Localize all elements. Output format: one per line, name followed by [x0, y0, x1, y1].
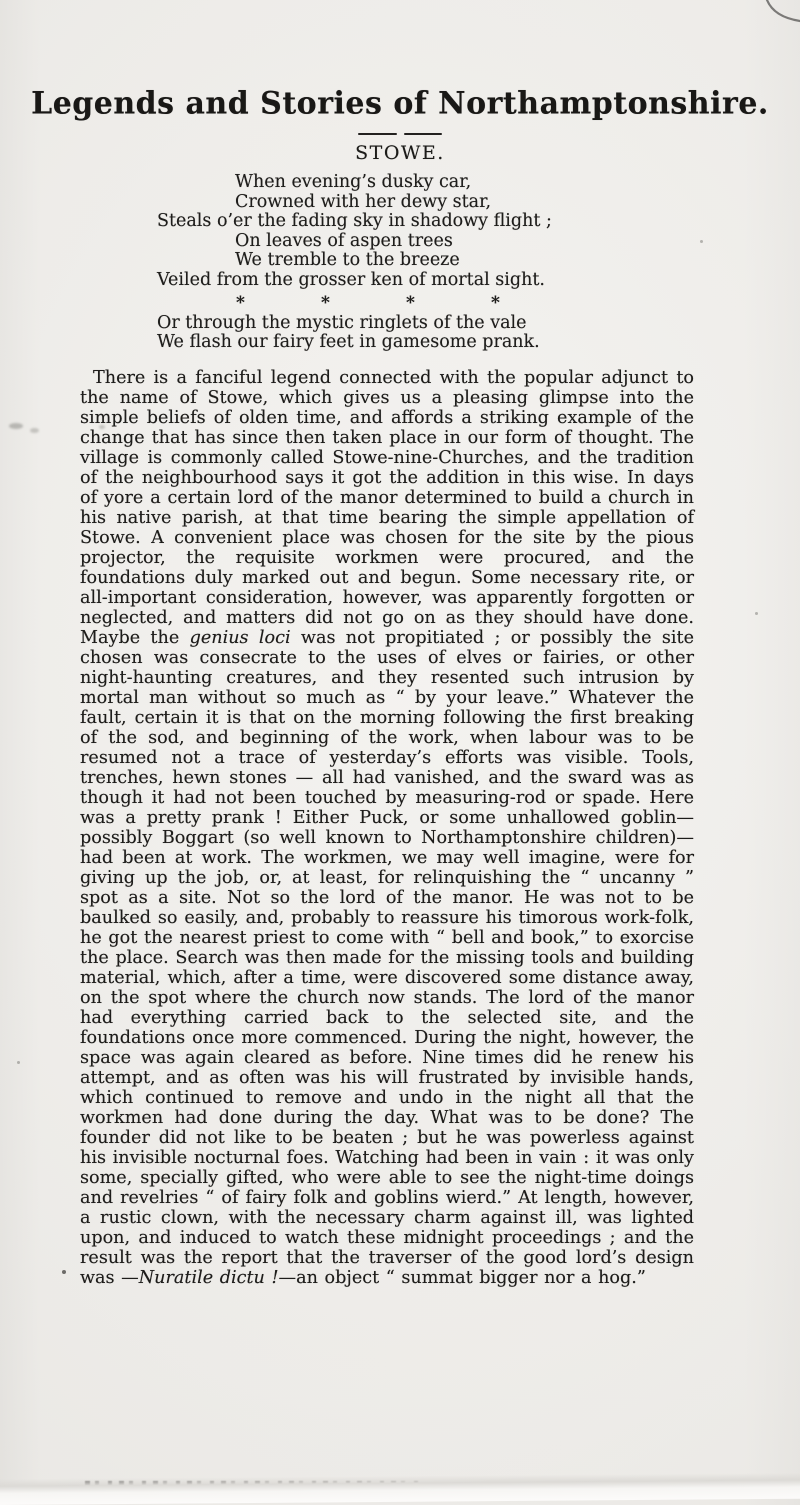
torn-bottom-edge [0, 1473, 800, 1505]
divider-dash [404, 133, 443, 135]
poem-line: Crowned with her dewy star, [235, 193, 800, 213]
poem-line: Or through the mystic ringlets of the va… [157, 314, 800, 334]
body-paragraph: There is a fanciful legend connected wit… [80, 368, 694, 1288]
margin-dot [62, 1270, 66, 1274]
asterisk: * [406, 293, 491, 313]
paper-smudge [30, 428, 39, 433]
poem-stanza-2: Or through the mystic ringlets of the va… [157, 314, 800, 353]
asterisk: * [491, 293, 500, 313]
paper-speckle [755, 612, 758, 615]
asterisk: * [236, 293, 321, 313]
paper-smudge [9, 423, 23, 429]
title-divider [358, 133, 442, 135]
poem-stanza-1: When evening’s dusky car, Crowned with h… [157, 173, 800, 291]
poem-line: On leaves of aspen trees [235, 232, 800, 252]
divider-dash [358, 133, 397, 135]
latin-phrase-genius-loci: genius loci [190, 628, 291, 648]
paper-speckle [17, 1061, 20, 1064]
page-title: Legends and Stories of Northamptonshire. [20, 85, 780, 121]
poem-line: We flash our fairy feet in gamesome pran… [157, 333, 800, 353]
paper-smudge [99, 425, 105, 429]
paper-speckle [700, 240, 703, 243]
section-heading: STOWE. [0, 142, 800, 164]
body-text: was not propitiated ; or possibly the si… [80, 628, 694, 1288]
poem-line: Steals o’er the fading sky in shadowy fl… [157, 212, 800, 232]
poem-line: Veiled from the grosser ken of mortal si… [157, 271, 800, 291]
poem-line: When evening’s dusky car, [235, 173, 800, 193]
scanned-page: Legends and Stories of Northamptonshire.… [0, 0, 800, 1505]
pen-corner-mark [752, 0, 800, 30]
asterisk: * [321, 293, 406, 313]
latin-phrase-dictu: Nuratile dictu ! [139, 1268, 279, 1288]
body-text: There is a fanciful legend connected wit… [80, 368, 694, 648]
poem-line: We tremble to the breeze [235, 251, 800, 271]
body-text: —an object “ summat bigger nor a hog.” [279, 1268, 646, 1288]
asterisk-separator: **** [236, 293, 800, 311]
